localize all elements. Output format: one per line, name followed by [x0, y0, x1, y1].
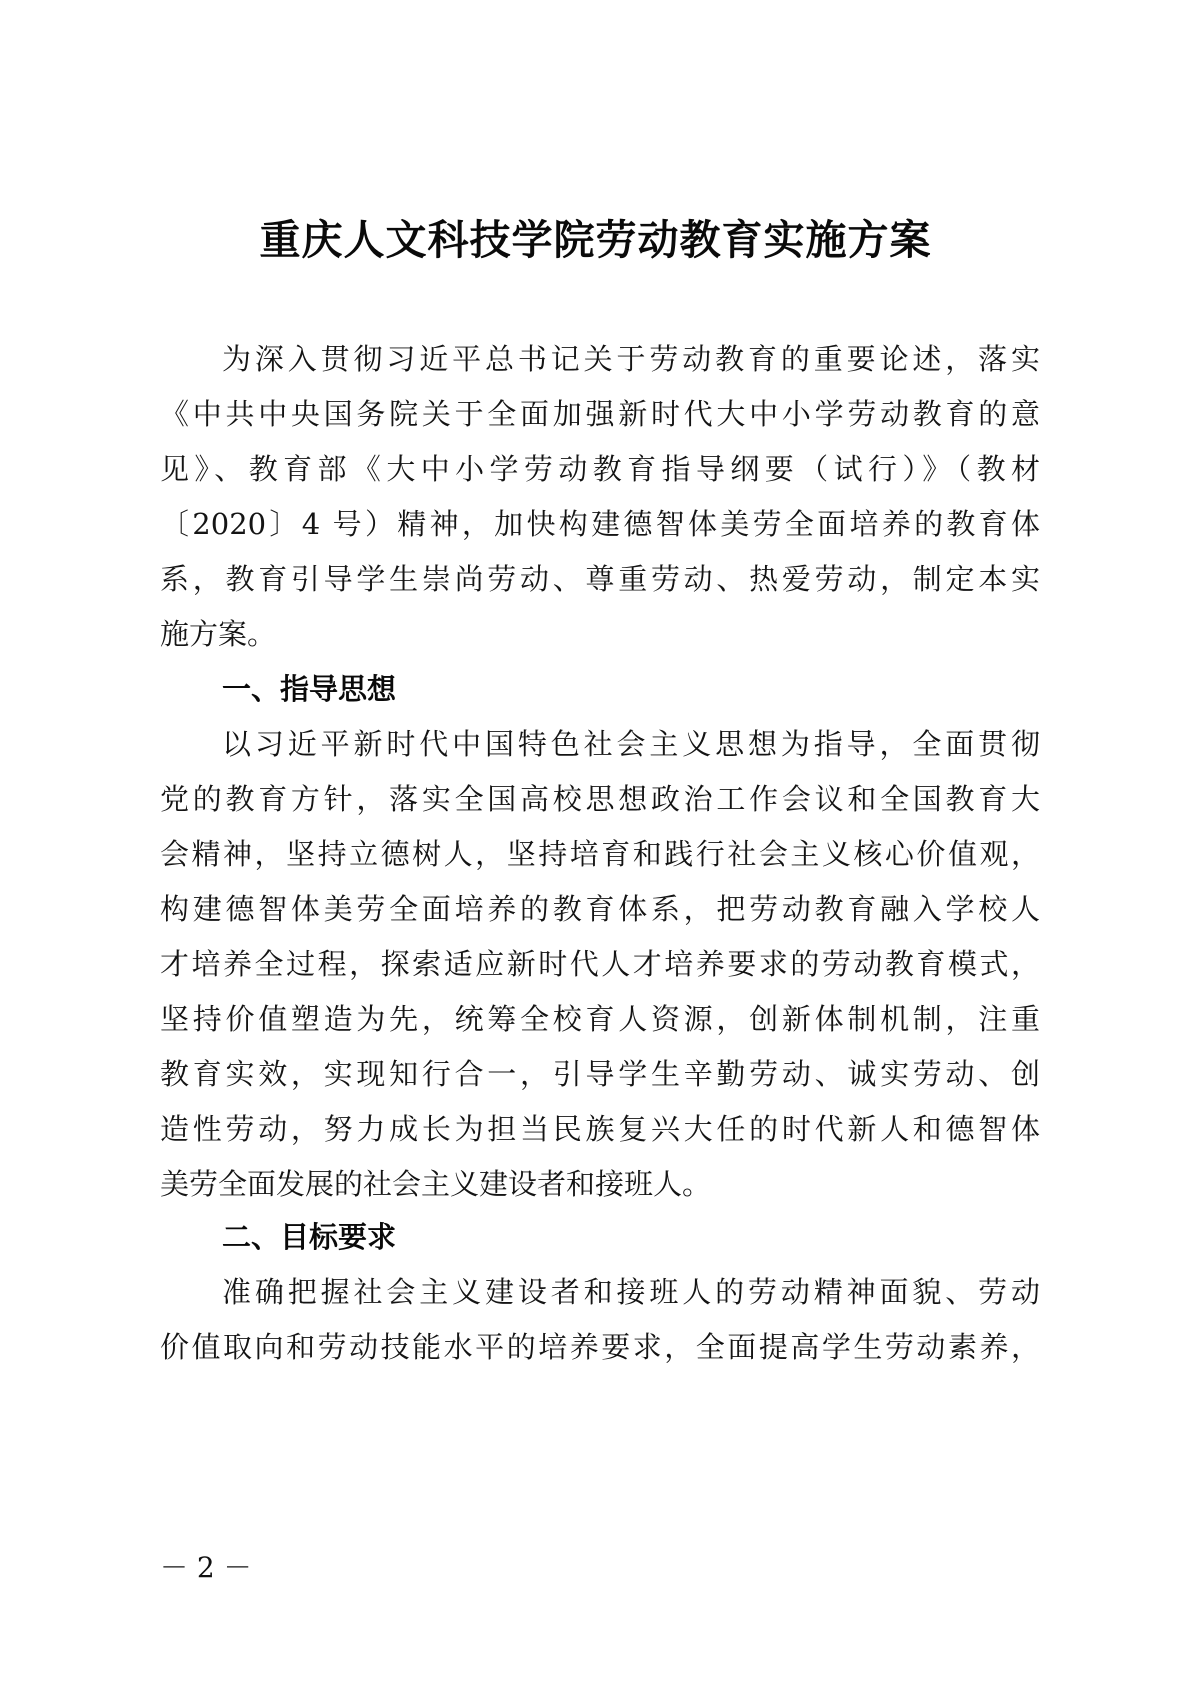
- document-title: 重庆人文科技学院劳动教育实施方案: [0, 210, 1191, 270]
- intro-line: 施方案。: [160, 612, 1040, 656]
- section-heading-guiding-ideology: 一、指导思想: [222, 667, 396, 711]
- intro-line: 系，教育引导学生崇尚劳动、尊重劳动、热爱劳动，制定本实: [160, 557, 1040, 601]
- section-1-line: 以习近平新时代中国特色社会主义思想为指导，全面贯彻: [222, 722, 1040, 766]
- section-2-line: 价值取向和劳动技能水平的培养要求，全面提高学生劳动素养，: [160, 1325, 1040, 1369]
- section-1-line: 坚持价值塑造为先，统筹全校育人资源，创新体制机制，注重: [160, 997, 1040, 1041]
- document-page: 重庆人文科技学院劳动教育实施方案 为深入贯彻习近平总书记关于劳动教育的重要论述，…: [0, 0, 1191, 1684]
- intro-line: 〔2020〕4 号）精神，加快构建德智体美劳全面培养的教育体: [160, 502, 1040, 546]
- intro-line: 《中共中央国务院关于全面加强新时代大中小学劳动教育的意: [160, 392, 1040, 436]
- section-1-line: 美劳全面发展的社会主义建设者和接班人。: [160, 1162, 1040, 1206]
- section-1-line: 党的教育方针，落实全国高校思想政治工作会议和全国教育大: [160, 777, 1040, 821]
- intro-line: 见》、教育部《大中小学劳动教育指导纲要（试行）》（教材: [160, 447, 1040, 491]
- section-1-line: 构建德智体美劳全面培养的教育体系，把劳动教育融入学校人: [160, 887, 1040, 931]
- section-1-line: 才培养全过程，探索适应新时代人才培养要求的劳动教育模式，: [160, 942, 1040, 986]
- page-number: － 2 －: [160, 1548, 252, 1588]
- section-1-line: 会精神，坚持立德树人，坚持培育和践行社会主义核心价值观，: [160, 832, 1040, 876]
- section-1-line: 造性劳动，努力成长为担当民族复兴大任的时代新人和德智体: [160, 1107, 1040, 1151]
- section-heading-goals-requirements: 二、目标要求: [222, 1215, 396, 1259]
- intro-line: 为深入贯彻习近平总书记关于劳动教育的重要论述，落实: [222, 337, 1040, 381]
- section-1-line: 教育实效，实现知行合一，引导学生辛勤劳动、诚实劳动、创: [160, 1052, 1040, 1096]
- section-2-line: 准确把握社会主义建设者和接班人的劳动精神面貌、劳动: [222, 1270, 1040, 1314]
